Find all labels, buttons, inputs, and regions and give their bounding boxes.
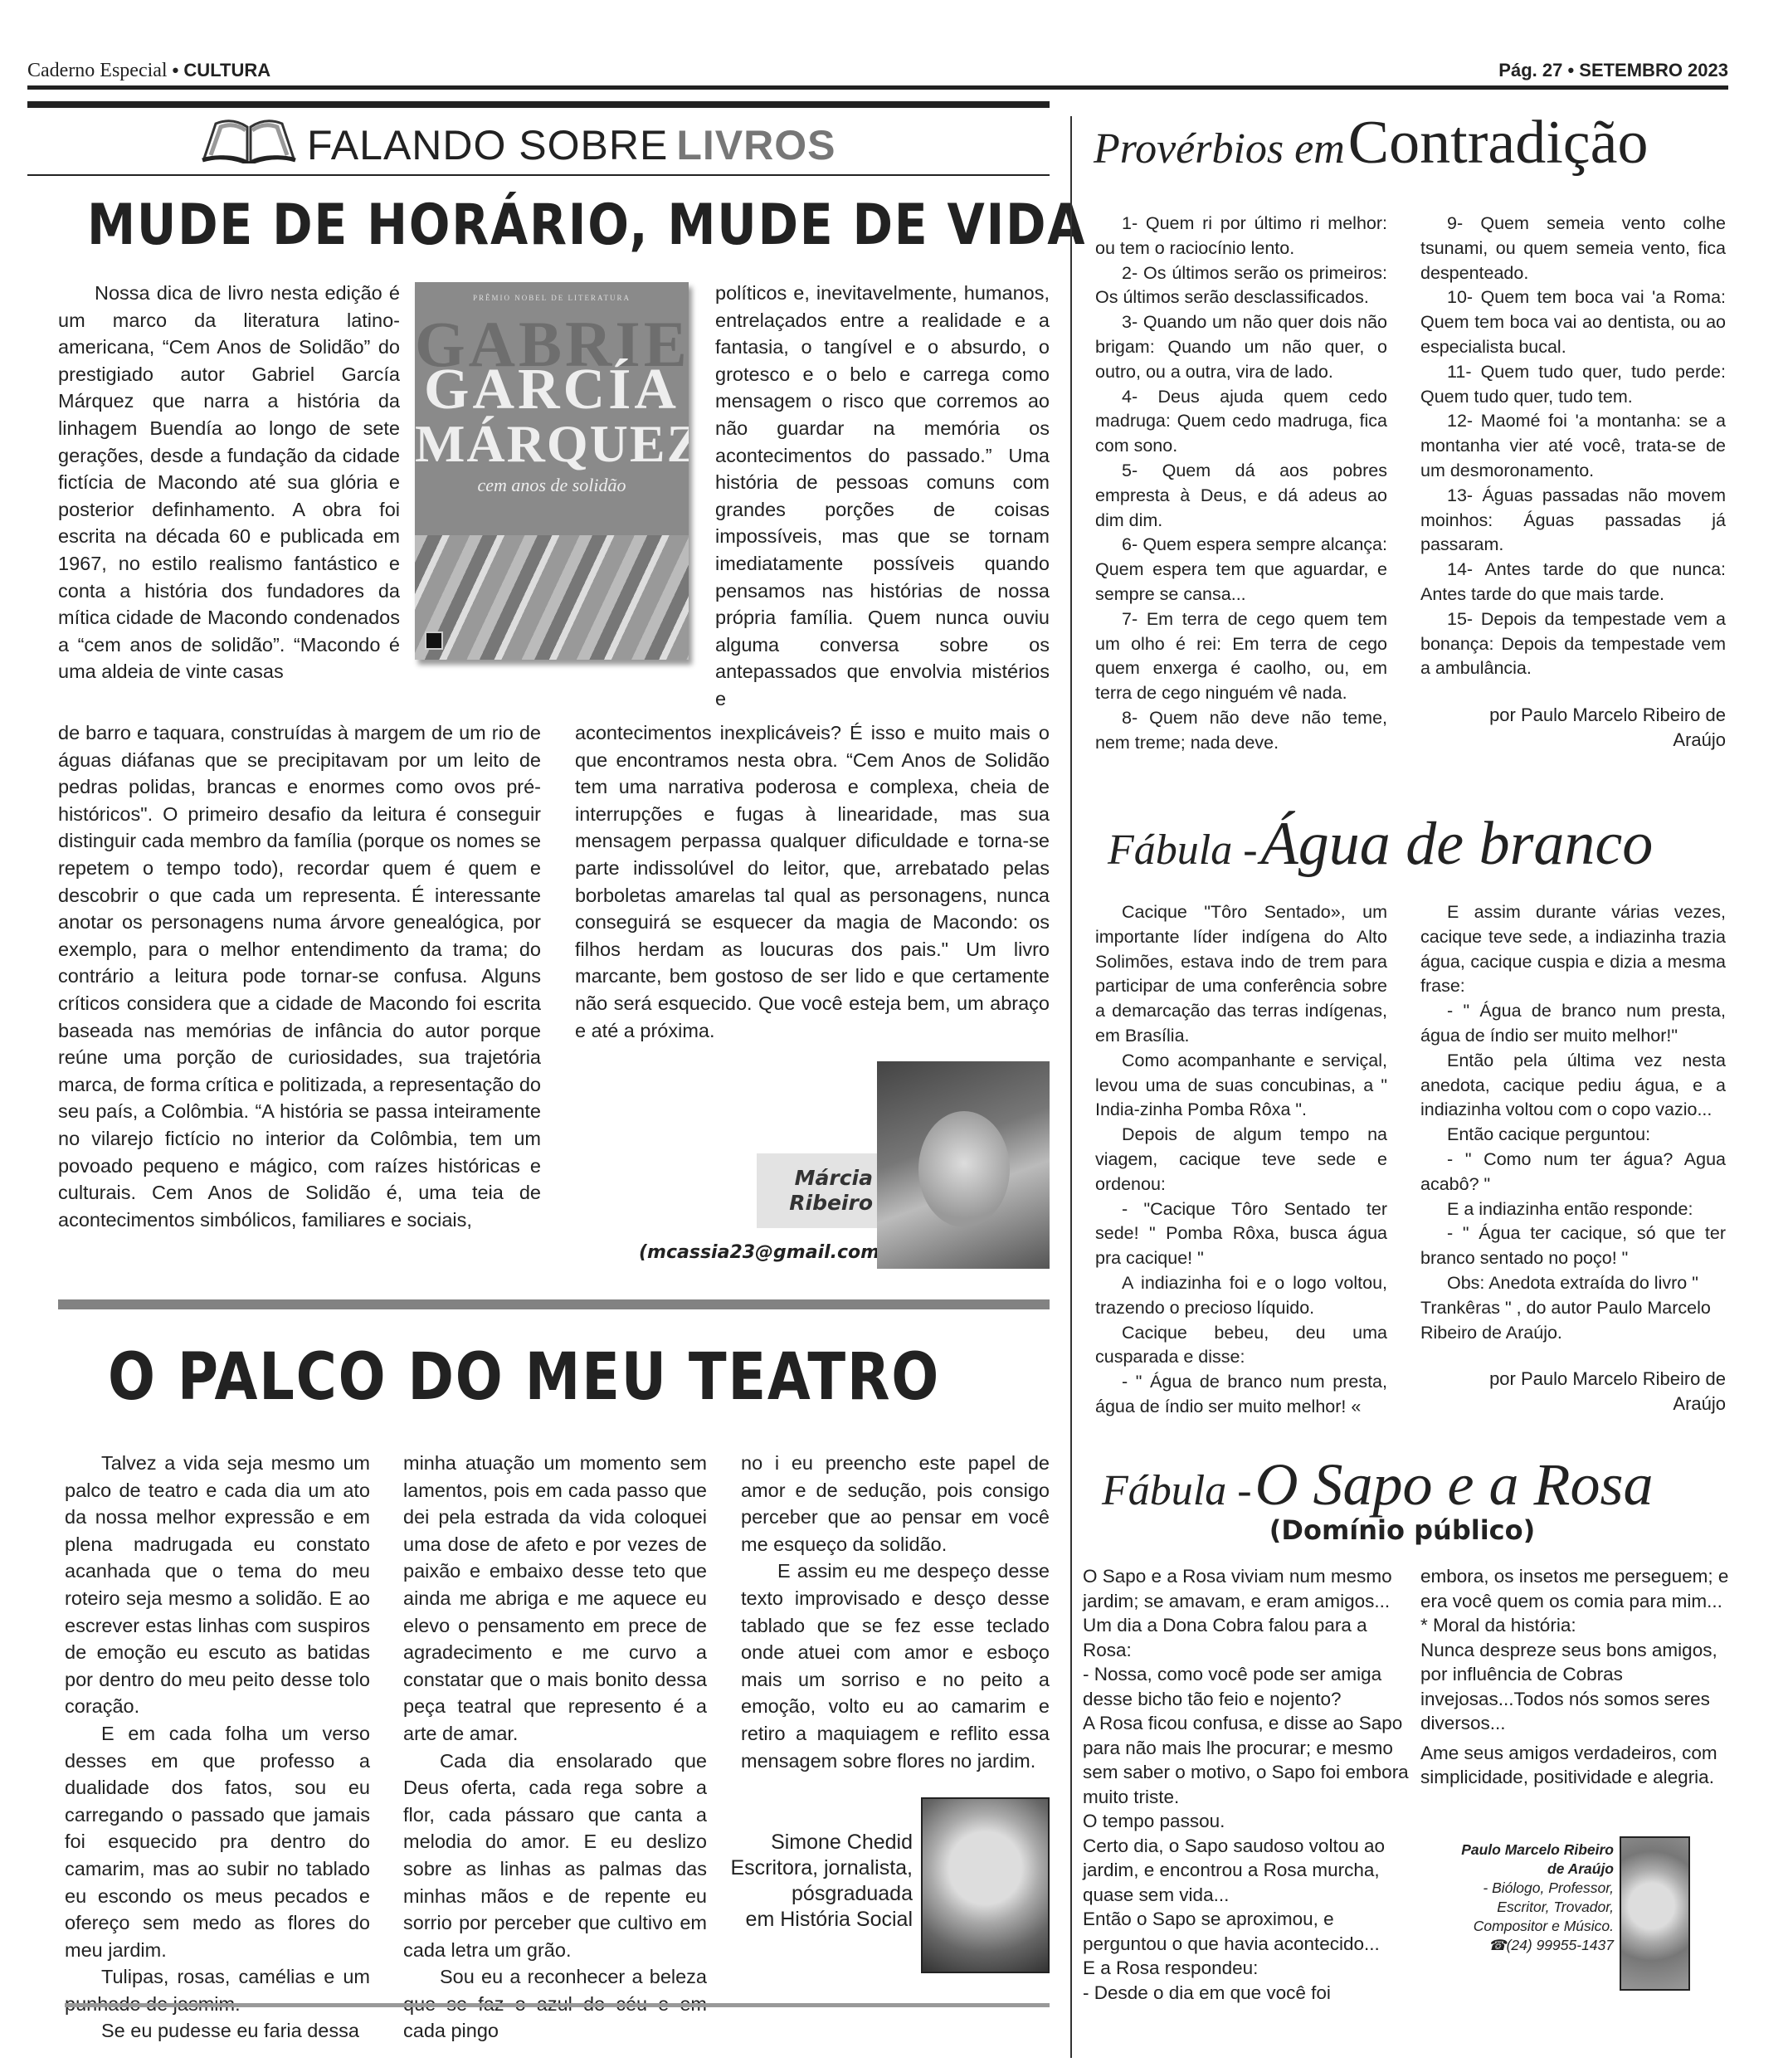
- proverb: 10- Quem tem boca vai 'a Roma: Quem tem …: [1420, 285, 1726, 359]
- proverb: 1- Quem ri por último ri melhor: ou tem …: [1095, 212, 1387, 261]
- proverb: 4- Deus ajuda quem cedo madruga: Quem ce…: [1095, 385, 1387, 459]
- book-cover-image: PRÊMIO NOBEL DE LITERATURA GABRIEL GARCÍ…: [415, 282, 689, 660]
- fable-title: Fábula - O Sapo e a Rosa: [1102, 1450, 1653, 1519]
- book-article-col1-bottom: de barro e taquara, construídas à margem…: [58, 719, 541, 1233]
- proverb: 5- Quem dá aos pobres empresta à Deus, e…: [1095, 459, 1387, 533]
- paragraph: Ame seus amigos verdadeiros, com simplic…: [1420, 1741, 1740, 1790]
- paragraph: no i eu preencho este papel de amor e de…: [741, 1450, 1050, 1558]
- paragraph: Se eu pudesse eu faria dessa: [65, 2017, 370, 2045]
- paragraph: - " Água de branco num presta, água de í…: [1095, 1370, 1387, 1420]
- theater-col3: no i eu preencho este papel de amor e de…: [741, 1450, 1050, 1774]
- signature: por Paulo Marcelo Ribeiro de Araújo: [1420, 703, 1726, 753]
- paragraph: O tempo passou.: [1083, 1809, 1415, 1834]
- paragraph: embora, os insetos me perseguem; e era v…: [1420, 1564, 1740, 1613]
- paragraph: Nunca despreze seus bons amigos, por inf…: [1420, 1638, 1740, 1736]
- author-caption: Simone Chedid Escritora, jornalista, pós…: [730, 1830, 913, 1933]
- signature-line: por Paulo Marcelo Ribeiro de: [1420, 703, 1726, 728]
- paragraph: O Sapo e a Rosa viviam num mesmo jardim;…: [1083, 1564, 1415, 1662]
- paragraph: Então o Sapo se aproximou, e perguntou o…: [1083, 1907, 1415, 1956]
- paragraph: Certo dia, o Sapo saudoso voltou ao jard…: [1083, 1834, 1415, 1908]
- paragraph: acontecimentos inexplicáveis? É isso e m…: [575, 719, 1050, 1044]
- fable-subtitle: (Domínio público): [1195, 1514, 1610, 1546]
- fable-frog-col2: embora, os insetos me perseguem; e era v…: [1420, 1564, 1740, 1790]
- phone-number: (24) 99955-1437: [1507, 1937, 1614, 1953]
- paragraph: E a indiazinha então responde:: [1420, 1197, 1726, 1222]
- paragraph: - Nossa, como você pode ser amiga desse …: [1083, 1662, 1415, 1711]
- proverb: 11- Quem tudo quer, tudo perde: Quem tud…: [1420, 360, 1726, 410]
- author-photo: [1620, 1836, 1690, 1991]
- paragraph: - "Cacique Tôro Sentado ter sede! " Pomb…: [1095, 1197, 1387, 1271]
- proverb: 8- Quem não deve não teme, nem treme; na…: [1095, 706, 1387, 756]
- author-photo: [921, 1797, 1050, 1973]
- paragraph: políticos e, inevitavelmente, humanos, e…: [715, 280, 1050, 713]
- bottom-rule: [65, 2003, 1050, 2007]
- paragraph: Nossa dica de livro nesta edição é um ma…: [58, 280, 400, 685]
- section-label: Caderno Especial • CULTURA: [27, 60, 270, 82]
- author-name: Simone Chedid: [730, 1830, 913, 1855]
- article-headline: MUDE DE HORÁRIO, MUDE DE VIDA: [87, 193, 1086, 258]
- signature-line: por Paulo Marcelo Ribeiro de: [1420, 1367, 1726, 1392]
- section-category: • CULTURA: [173, 60, 271, 80]
- author-first-name: Márcia: [757, 1166, 873, 1191]
- fable-frog-col1: O Sapo e a Rosa viviam num mesmo jardim;…: [1083, 1564, 1415, 2005]
- author-email[interactable]: (mcassia23@gmail.com): [639, 1242, 875, 1263]
- paragraph: de barro e taquara, construídas à margem…: [58, 719, 541, 1233]
- paragraph: - " Como num ter água? Agua acabô? ": [1420, 1148, 1726, 1197]
- paragraph: Tulipas, rosas, camélias e um punhado de…: [65, 1963, 370, 2017]
- kicker-regular: FALANDO SOBRE: [307, 121, 668, 169]
- author-name: Paulo Marcelo Ribeiro: [1410, 1840, 1614, 1860]
- paragraph: E a Rosa respondeu:: [1083, 1956, 1415, 1981]
- paragraph: Cacique bebeu, deu uma cusparada e disse…: [1095, 1321, 1387, 1371]
- proverb: 15- Depois da tempestade vem a bonança: …: [1420, 607, 1726, 681]
- cover-award: PRÊMIO NOBEL DE LITERATURA: [415, 294, 689, 302]
- cover-title: cem anos de solidão: [415, 475, 689, 496]
- proverb: 7- Em terra de cego quem tem um olho é r…: [1095, 607, 1387, 706]
- signature-line: Araújo: [1420, 728, 1726, 753]
- proverb: 14- Antes tarde do que nunca: Antes tard…: [1420, 558, 1726, 607]
- proverb: 6- Quem espera sempre alcança: Quem espe…: [1095, 533, 1387, 607]
- proverbs-col2: 9- Quem semeia vento colhe tsunami, ou q…: [1420, 212, 1726, 753]
- paragraph: Como acompanhante e serviçal, levou uma …: [1095, 1049, 1387, 1123]
- proverb: 3- Quando um não quer dois não brigam: Q…: [1095, 310, 1387, 384]
- author-degree: pósgraduada: [730, 1881, 913, 1907]
- book-article-col1-top: Nossa dica de livro nesta edição é um ma…: [58, 280, 400, 685]
- paragraph: Obs: Anedota extraída do livro " Trankêr…: [1420, 1271, 1726, 1345]
- paragraph: E assim eu me despeço desse texto improv…: [741, 1558, 1050, 1774]
- title-big: Água de branco: [1261, 810, 1654, 878]
- author-byline: Márcia Ribeiro: [757, 1166, 873, 1216]
- theater-col2: minha atuação um momento sem lamentos, p…: [403, 1450, 707, 2045]
- paragraph: A Rosa ficou confusa, e disse ao Sapo pa…: [1083, 1711, 1415, 1809]
- proverbs-col1: 1- Quem ri por último ri melhor: ou tem …: [1095, 212, 1387, 756]
- title-big: Contradição: [1348, 109, 1649, 177]
- author-title: Escritora, jornalista,: [730, 1855, 913, 1881]
- paragraph: Cada dia ensolarado que Deus oferta, cad…: [403, 1748, 707, 1964]
- author-last-name: Ribeiro: [757, 1191, 873, 1216]
- author-phone: ☎(24) 99955-1437: [1410, 1936, 1614, 1955]
- proverb: 9- Quem semeia vento colhe tsunami, ou q…: [1420, 212, 1726, 285]
- signature-line: Araújo: [1420, 1392, 1726, 1416]
- kicker-bold: LIVROS: [676, 121, 836, 169]
- signature: por Paulo Marcelo Ribeiro de Araújo: [1420, 1367, 1726, 1416]
- title-small: Fábula -: [1108, 826, 1258, 874]
- paragraph: E assim durante várias vezes, cacique te…: [1420, 900, 1726, 999]
- paragraph: - " Água de branco num presta, água de í…: [1420, 999, 1726, 1049]
- author-name: de Araújo: [1410, 1860, 1614, 1879]
- publisher-logo-icon: [425, 631, 443, 650]
- page-info: Pág. 27 • SETEMBRO 2023: [1498, 60, 1728, 81]
- author-bio: Compositor e Músico.: [1410, 1917, 1614, 1936]
- paragraph: E em cada folha um verso desses em que p…: [65, 1720, 370, 1963]
- author-caption: Paulo Marcelo Ribeiro de Araújo - Biólog…: [1410, 1840, 1614, 1955]
- phone-icon: ☎: [1488, 1937, 1507, 1953]
- title-small: Provérbios em: [1094, 125, 1345, 173]
- author-bio: Escritor, Trovador,: [1410, 1898, 1614, 1917]
- title-small: Fábula -: [1102, 1467, 1252, 1514]
- section-top-bar: [27, 101, 1050, 108]
- kicker-rule: [27, 174, 1050, 176]
- paragraph: A indiazinha foi e o logo voltou, trazen…: [1095, 1271, 1387, 1321]
- article-headline: O PALCO DO MEU TEATRO: [108, 1340, 940, 1415]
- proverb: 2- Os últimos serão os primeiros: Os últ…: [1095, 261, 1387, 311]
- header-rule: [27, 85, 1728, 90]
- proverb: 13- Águas passadas não movem moinhos: Ág…: [1420, 484, 1726, 558]
- paragraph: - " Água ter cacique, só que ter branco …: [1420, 1221, 1726, 1271]
- proverb: 12- Maomé foi 'a montanha: se a montanha…: [1420, 409, 1726, 483]
- paragraph: minha atuação um momento sem lamentos, p…: [403, 1450, 707, 1748]
- theater-col1: Talvez a vida seja mesmo um palco de tea…: [65, 1450, 370, 2045]
- fable-title: Fábula - Água de branco: [1108, 809, 1653, 880]
- title-big: O Sapo e a Rosa: [1255, 1451, 1654, 1518]
- author-field: em História Social: [730, 1907, 913, 1933]
- book-article-col2-bottom: acontecimentos inexplicáveis? É isso e m…: [575, 719, 1050, 1044]
- book-article-col2-top: políticos e, inevitavelmente, humanos, e…: [715, 280, 1050, 713]
- paragraph: - Desde o dia em que você foi: [1083, 1981, 1415, 2006]
- paragraph: Depois de algum tempo na viagem, cacique…: [1095, 1123, 1387, 1197]
- author-photo: [877, 1061, 1050, 1269]
- column-divider: [1070, 116, 1072, 2058]
- cover-author-last: MÁRQUEZ: [415, 413, 689, 475]
- section-name: Caderno Especial: [27, 60, 168, 81]
- paragraph: Cacique "Tôro Sentado», um importante lí…: [1095, 900, 1387, 1049]
- proverbs-title: Provérbios em Contradição: [1094, 108, 1648, 178]
- open-book-icon: [199, 117, 299, 173]
- paragraph: * Moral da história:: [1420, 1613, 1740, 1638]
- paragraph: Talvez a vida seja mesmo um palco de tea…: [65, 1450, 370, 1720]
- paragraph: Então cacique perguntou:: [1420, 1123, 1726, 1148]
- fable-water-col2: E assim durante várias vezes, cacique te…: [1420, 900, 1726, 1416]
- kicker: FALANDO SOBRE LIVROS: [199, 120, 836, 170]
- paragraph: Então pela última vez nesta anedota, cac…: [1420, 1049, 1726, 1123]
- author-bio: - Biólogo, Professor,: [1410, 1879, 1614, 1898]
- section-divider: [58, 1299, 1050, 1309]
- fable-water-col1: Cacique "Tôro Sentado», um importante lí…: [1095, 900, 1387, 1420]
- cover-art: [415, 535, 689, 660]
